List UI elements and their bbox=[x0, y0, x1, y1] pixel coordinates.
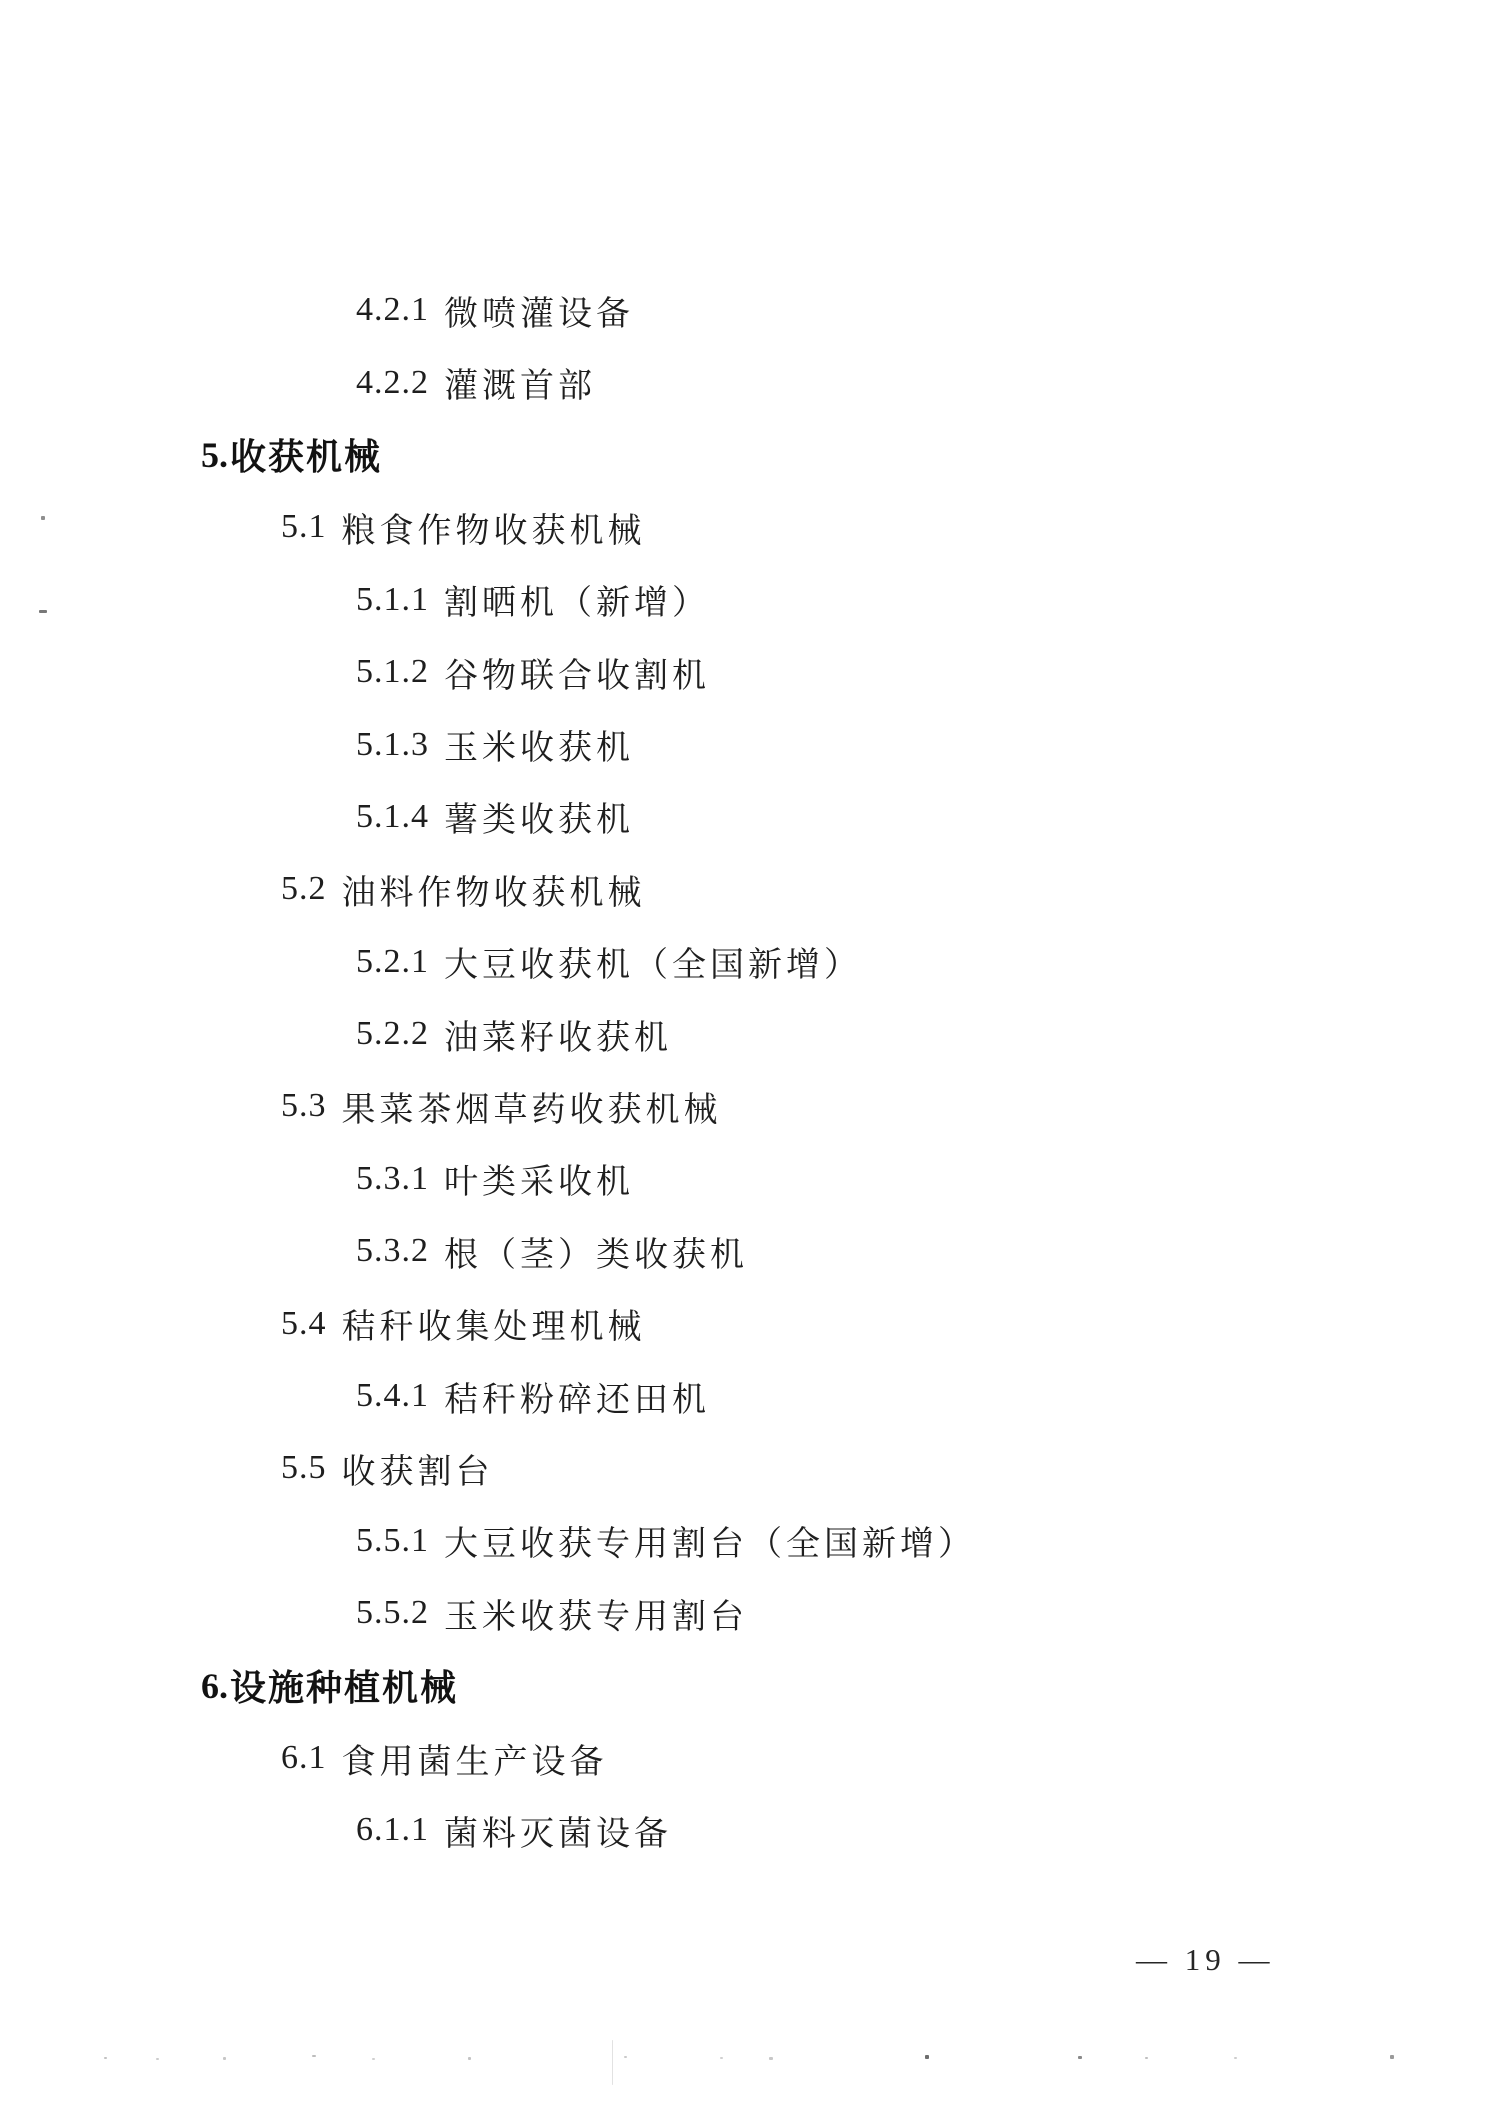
toc-item-6-1: 6.1食用菌生产设备 bbox=[0, 1722, 1487, 1794]
item-label: 玉米收获专用割台 bbox=[444, 1589, 748, 1638]
item-label: 秸秆粉碎还田机 bbox=[444, 1372, 710, 1421]
item-label: 秸秆收集处理机械 bbox=[342, 1299, 646, 1348]
item-label: 收获机械 bbox=[230, 429, 382, 480]
toc-item-5: 5.收获机械 bbox=[0, 419, 1487, 491]
scan-speck bbox=[624, 2056, 627, 2058]
toc-item-5-2-1: 5.2.1大豆收获机（全国新增） bbox=[0, 926, 1487, 998]
toc-item-4-2-2: 4.2.2灌溉首部 bbox=[0, 346, 1487, 418]
item-number: 5.1.1 bbox=[356, 581, 429, 619]
scan-speck bbox=[1078, 2056, 1082, 2059]
item-number: 4.2.1 bbox=[356, 291, 429, 329]
scan-speck bbox=[156, 2058, 159, 2060]
scan-speck bbox=[312, 2055, 316, 2057]
toc-item-6: 6.设施种植机械 bbox=[0, 1649, 1487, 1721]
scan-speck bbox=[612, 2040, 613, 2085]
toc-item-6-1-1: 6.1.1菌料灭菌设备 bbox=[0, 1794, 1487, 1866]
item-label: 叶类采收机 bbox=[444, 1154, 634, 1203]
scan-speck bbox=[104, 2057, 107, 2059]
toc-item-5-2: 5.2油料作物收获机械 bbox=[0, 853, 1487, 925]
item-label: 谷物联合收割机 bbox=[444, 648, 710, 697]
scan-speck bbox=[372, 2058, 375, 2060]
item-number: 5.4 bbox=[281, 1305, 327, 1343]
item-number: 5.2.1 bbox=[356, 943, 429, 981]
scan-speck bbox=[468, 2057, 471, 2060]
item-number: 5.4.1 bbox=[356, 1377, 429, 1415]
item-number: 5.5 bbox=[281, 1449, 327, 1487]
toc-item-5-4: 5.4秸秆收集处理机械 bbox=[0, 1287, 1487, 1359]
item-label: 粮食作物收获机械 bbox=[342, 503, 646, 552]
scan-speck bbox=[1234, 2057, 1237, 2059]
toc-item-5-2-2: 5.2.2油菜籽收获机 bbox=[0, 998, 1487, 1070]
item-label: 收获割台 bbox=[342, 1444, 494, 1493]
toc-item-5-1-1: 5.1.1割晒机（新增） bbox=[0, 564, 1487, 636]
item-label: 果菜茶烟草药收获机械 bbox=[342, 1082, 722, 1131]
toc-item-5-1-2: 5.1.2谷物联合收割机 bbox=[0, 636, 1487, 708]
item-number: 5. bbox=[201, 434, 228, 476]
toc-list: 4.2.1微喷灌设备4.2.2灌溉首部5.收获机械5.1粮食作物收获机械5.1.… bbox=[0, 274, 1487, 1867]
item-label: 割晒机（新增） bbox=[444, 575, 710, 624]
item-number: 5.3.2 bbox=[356, 1232, 429, 1270]
item-label: 玉米收获机 bbox=[444, 720, 634, 769]
item-label: 大豆收获专用割台（全国新增） bbox=[444, 1516, 976, 1565]
item-number: 6.1 bbox=[281, 1739, 327, 1777]
item-number: 5.5.2 bbox=[356, 1594, 429, 1632]
toc-item-5-3-2: 5.3.2根（茎）类收获机 bbox=[0, 1215, 1487, 1287]
item-number: 4.2.2 bbox=[356, 364, 429, 402]
item-label: 油菜籽收获机 bbox=[444, 1010, 672, 1059]
page-number: — 19 — bbox=[1136, 1942, 1275, 1978]
toc-item-5-1: 5.1粮食作物收获机械 bbox=[0, 491, 1487, 563]
item-label: 薯类收获机 bbox=[444, 792, 634, 841]
toc-item-5-1-3: 5.1.3玉米收获机 bbox=[0, 708, 1487, 780]
item-number: 6.1.1 bbox=[356, 1811, 429, 1849]
scan-speck bbox=[41, 516, 45, 520]
toc-item-5-5-2: 5.5.2玉米收获专用割台 bbox=[0, 1577, 1487, 1649]
item-number: 6. bbox=[201, 1665, 228, 1707]
scan-speck bbox=[223, 2057, 226, 2060]
scan-speck bbox=[769, 2057, 773, 2060]
item-number: 5.5.1 bbox=[356, 1522, 429, 1560]
item-number: 5.1.4 bbox=[356, 798, 429, 836]
item-number: 5.1.2 bbox=[356, 653, 429, 691]
toc-item-4-2-1: 4.2.1微喷灌设备 bbox=[0, 274, 1487, 346]
scan-speck bbox=[39, 610, 47, 613]
toc-item-5-5-1: 5.5.1大豆收获专用割台（全国新增） bbox=[0, 1505, 1487, 1577]
scan-speck bbox=[1390, 2055, 1394, 2059]
document-page: 4.2.1微喷灌设备4.2.2灌溉首部5.收获机械5.1粮食作物收获机械5.1.… bbox=[0, 0, 1487, 2102]
toc-item-5-1-4: 5.1.4薯类收获机 bbox=[0, 781, 1487, 853]
item-label: 设施种植机械 bbox=[230, 1660, 458, 1711]
item-number: 5.3 bbox=[281, 1087, 327, 1125]
toc-item-5-5: 5.5收获割台 bbox=[0, 1432, 1487, 1504]
toc-item-5-4-1: 5.4.1秸秆粉碎还田机 bbox=[0, 1360, 1487, 1432]
item-label: 大豆收获机（全国新增） bbox=[444, 937, 862, 986]
scan-speck bbox=[1145, 2057, 1148, 2059]
scan-speck bbox=[720, 2057, 723, 2059]
item-label: 油料作物收获机械 bbox=[342, 865, 646, 914]
item-number: 5.1 bbox=[281, 508, 327, 546]
toc-item-5-3: 5.3果菜茶烟草药收获机械 bbox=[0, 1070, 1487, 1142]
item-label: 食用菌生产设备 bbox=[342, 1734, 608, 1783]
item-label: 菌料灭菌设备 bbox=[444, 1806, 672, 1855]
item-number: 5.2 bbox=[281, 870, 327, 908]
item-label: 微喷灌设备 bbox=[444, 286, 634, 335]
toc-item-5-3-1: 5.3.1叶类采收机 bbox=[0, 1143, 1487, 1215]
item-label: 根（茎）类收获机 bbox=[444, 1227, 748, 1276]
item-number: 5.1.3 bbox=[356, 726, 429, 764]
item-number: 5.3.1 bbox=[356, 1160, 429, 1198]
scan-speck bbox=[925, 2055, 929, 2059]
item-number: 5.2.2 bbox=[356, 1015, 429, 1053]
item-label: 灌溉首部 bbox=[444, 358, 596, 407]
